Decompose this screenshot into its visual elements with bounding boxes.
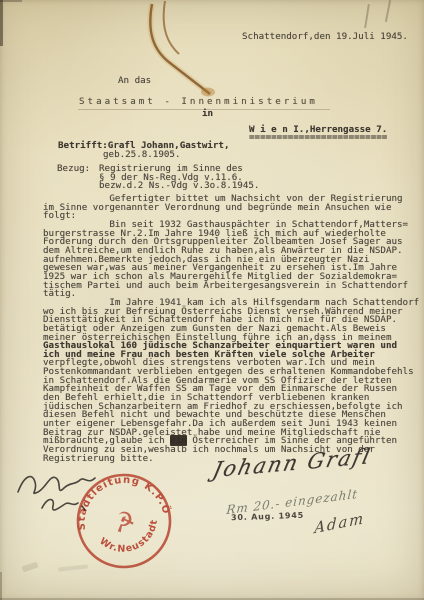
recipient-in: in	[202, 110, 213, 119]
scan-edge	[0, 0, 3, 46]
hammer-sickle-icon: ☭	[111, 502, 138, 541]
pencil-smudge	[21, 562, 38, 573]
city-underline: =========================	[249, 134, 387, 143]
letter-body: Gefertigter bittet um Nachsicht von der …	[43, 195, 419, 463]
bezug-line3: bezw.d.2 Ns.-Vdg v.3o.8.1945.	[99, 182, 259, 191]
pencil-mark	[364, 4, 369, 28]
signature-adam: Adam	[314, 509, 366, 537]
body-line: im Sinne vorgenannter Verordnung und beg…	[43, 204, 419, 213]
body-line: tischem Partei und auch beim Arbeiterges…	[43, 282, 419, 291]
date-stamp: 30. Aug. 1945	[231, 511, 304, 523]
recipient-name: Staatsamt - Innenministerium	[79, 98, 318, 107]
betrifft-line2: geb.25.8.1905.	[103, 151, 180, 160]
pencil-mark	[385, 0, 391, 22]
recipient-intro: An das	[118, 77, 151, 86]
dateline: Schattendorf,den 19.Juli 1945.	[242, 33, 408, 42]
scan-edge	[0, 572, 2, 600]
scan-edge	[0, 0, 22, 2]
bezug-label: Bezug:	[57, 165, 90, 174]
document-page: Schattendorf,den 19.Juli 1945. An das St…	[0, 0, 424, 600]
